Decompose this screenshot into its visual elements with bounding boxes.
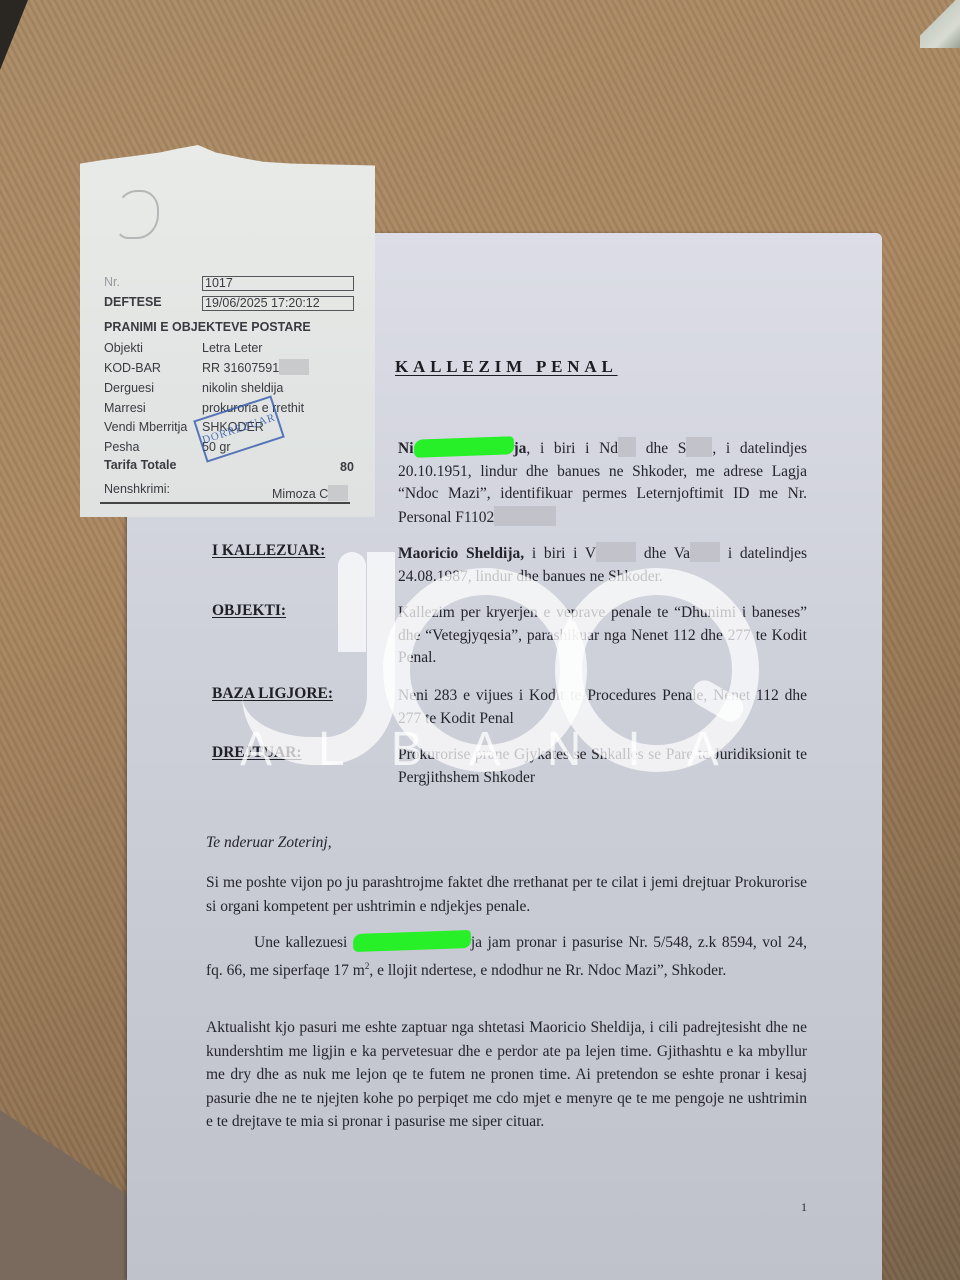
ownership-start: Une kallezuesi	[254, 934, 353, 951]
receipt-signature-label: Nenshkrimi:	[104, 482, 170, 496]
row-label: Marresi	[104, 401, 202, 415]
grey-redaction	[690, 542, 720, 562]
page-number: 1	[801, 1200, 807, 1215]
complainant-name-end: ja	[514, 440, 527, 457]
ownership-end: , e llojit ndertese, e ndodhur ne Rr. Nd…	[369, 962, 726, 979]
row-label: KOD-BAR	[104, 361, 202, 375]
object-label: OBJEKTI:	[212, 602, 286, 620]
grey-redaction	[279, 359, 309, 375]
background-object	[920, 0, 960, 48]
legal-basis-label: BAZA LIGJORE:	[212, 685, 333, 703]
receipt-row-object: ObjektiLetra Leter	[104, 341, 262, 355]
receipt-row-sender: Derguesinikolin sheldija	[104, 381, 283, 395]
complainant-father: , i biri i Nd	[526, 440, 618, 457]
receipt-number-box: 1017	[202, 276, 354, 291]
accused-name: Maoricio Sheldija,	[398, 545, 524, 562]
addressed-to-label: DREJTUAR:	[212, 744, 302, 762]
ownership-paragraph: Une kallezuesi ja jam pronar i pasurise …	[206, 931, 807, 982]
row-label: Derguesi	[104, 381, 202, 395]
intro-paragraph: Si me poshte vijon po ju parashtrojme fa…	[206, 871, 807, 918]
grey-redaction	[686, 437, 712, 457]
accused-label: I KALLEZUAR:	[212, 542, 325, 560]
document-title: KALLEZIM PENAL	[395, 357, 618, 377]
situation-paragraph: Aktualisht kjo pasuri me eshte zaptuar n…	[206, 1016, 807, 1134]
grey-redaction	[596, 542, 636, 562]
legal-basis-paragraph: Neni 283 e vijues i Kodit te Procedures …	[398, 685, 807, 730]
grey-redaction	[618, 437, 636, 457]
signature-name: Mimoza C	[272, 487, 328, 501]
accused-father: i biri i V	[524, 545, 596, 562]
row-value: nikolin sheldija	[202, 381, 283, 395]
salutation: Te nderuar Zoterinj,	[206, 831, 807, 855]
accused-paragraph: Maoricio Sheldija, i biri i V dhe Va i d…	[398, 542, 807, 588]
grey-redaction	[494, 506, 556, 526]
complainant-name-start: Ni	[398, 440, 414, 457]
green-redaction	[353, 930, 472, 952]
row-label: Pesha	[104, 440, 202, 454]
grey-redaction	[328, 485, 348, 501]
postal-receipt: Nr. 1017 DEFTESE 19/06/2025 17:20:12 PRA…	[80, 145, 375, 517]
green-redaction	[413, 436, 514, 457]
receipt-row-barcode: KOD-BARRR 31607591	[104, 359, 309, 375]
row-label: Objekti	[104, 341, 202, 355]
receipt-number-label: Nr.	[104, 275, 120, 289]
receipt-datetime-box: 19/06/2025 17:20:12	[202, 296, 354, 311]
receipt-total-value: 80	[340, 460, 354, 474]
pen-scribble	[115, 190, 159, 239]
dark-corner-background	[0, 0, 28, 70]
complainant-mother: dhe S	[636, 440, 686, 457]
receipt-divider	[100, 502, 350, 504]
object-paragraph: Kallezim per kryerjen e veprave penale t…	[398, 602, 807, 670]
receipt-heading: PRANIMI E OBJEKTEVE POSTARE	[104, 320, 311, 334]
floor-shadow	[0, 1110, 128, 1280]
row-value: RR 31607591	[202, 361, 279, 375]
addressed-to-paragraph: Prokurorise prane Gjykates se Shkalles s…	[398, 744, 807, 789]
accused-mother: dhe Va	[636, 545, 690, 562]
receipt-deftese-label: DEFTESE	[104, 295, 162, 309]
complainant-paragraph: Nija, i biri i Nd dhe S, i datelindjes 2…	[398, 437, 807, 529]
receipt-signature-value: Mimoza C	[272, 485, 348, 501]
receipt-total-label: Tarifa Totale	[104, 458, 176, 472]
row-label: Vendi Mberritja	[104, 420, 202, 434]
row-value: Letra Leter	[202, 341, 262, 355]
